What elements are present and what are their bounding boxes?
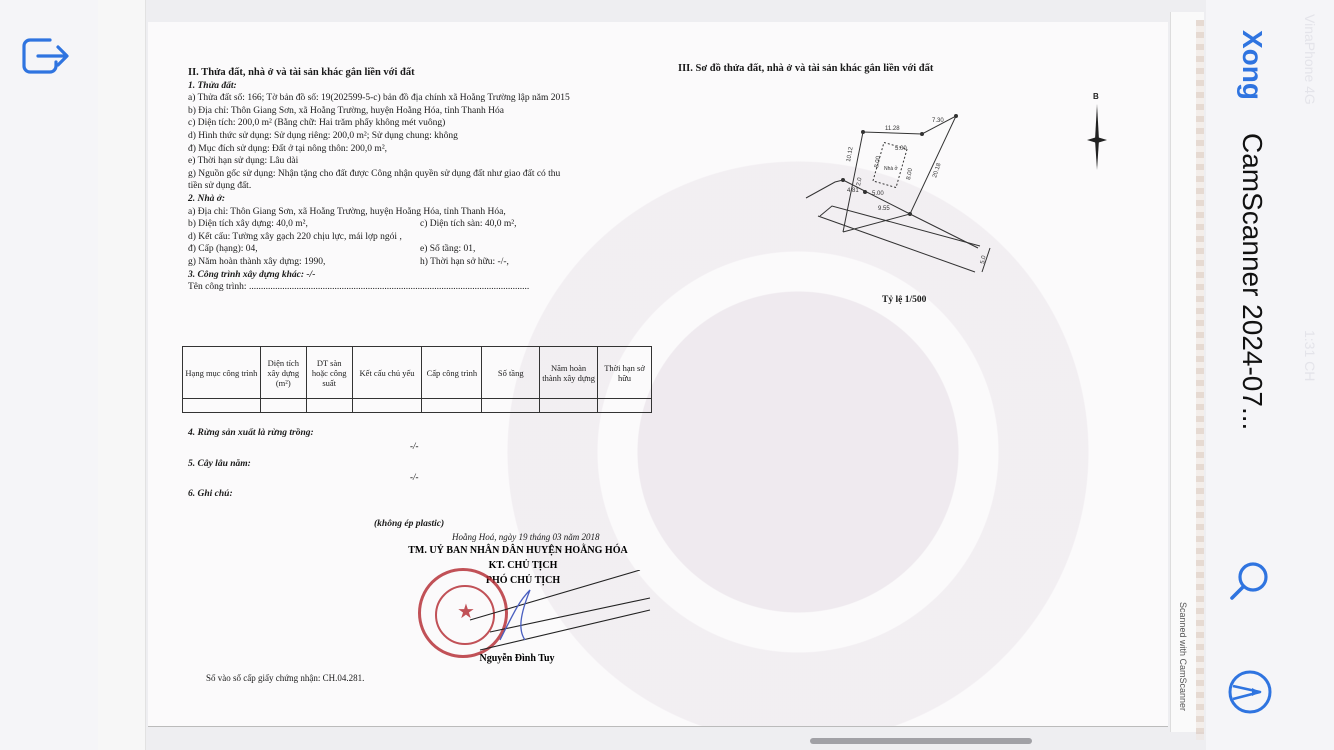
house-label: Nhà ở — [884, 165, 899, 172]
land-g1: g) Nguồn gốc sử dụng: Nhận tặng cho đất … — [188, 168, 658, 181]
house-a: a) Địa chỉ: Thôn Giang Sơn, xã Hoằng Trư… — [188, 206, 658, 219]
col-header: Kết cấu chủ yếu — [352, 347, 422, 399]
dim: 9.55 — [878, 206, 890, 212]
north-label: B — [1093, 92, 1099, 101]
dim: 2.0 — [856, 176, 863, 186]
lamination-note: (không ép plastic) — [374, 518, 444, 531]
land-a: a) Thửa đất số: 166; Tờ bản đồ số: 19(20… — [188, 92, 658, 105]
land-d: d) Hình thức sử dụng: Sử dụng riêng: 200… — [188, 130, 658, 143]
north-arrow-icon: B — [1084, 90, 1110, 170]
authority: TM. UỶ BAN NHÂN DÂN HUYỆN HOẰNG HÓA — [388, 545, 648, 556]
dim: 11.28 — [885, 126, 900, 132]
land-c: c) Diện tích: 200,0 m² (Bằng chữ: Hai tr… — [188, 117, 658, 130]
document-title: CamScanner 2024-07... — [1236, 133, 1268, 430]
col-header: DT sàn hoặc công suất — [306, 347, 352, 399]
markup-pen-icon[interactable] — [1226, 668, 1274, 716]
land-heading: 1. Thửa đất: — [188, 80, 658, 93]
col-header: Diện tích xây dựng (m²) — [260, 347, 306, 399]
house-h: h) Thời hạn sở hữu: -/-, — [420, 256, 509, 269]
land-b: b) Địa chỉ: Thôn Giang Sơn, xã Hoằng Trư… — [188, 105, 658, 118]
signature — [460, 570, 660, 660]
section-2-title: II. Thửa đất, nhà ở và tài sản khác gắn … — [188, 67, 658, 80]
section-3-title: III. Sơ đồ thửa đất, nhà ở và tài sản kh… — [678, 63, 933, 76]
table-row — [183, 399, 652, 413]
other-heading: 3. Công trình xây dựng khác: -/- — [188, 269, 658, 282]
house-d: d) Kết cấu: Tường xây gạch 220 chịu lực,… — [188, 231, 658, 244]
col-header: Số tầng — [482, 347, 540, 399]
dim: 10.12 — [846, 146, 855, 162]
col-header: Năm hoàn thành xây dựng — [540, 347, 598, 399]
registry-number: Số vào sổ cấp giấy chứng nhận: CH.04.281… — [206, 672, 364, 685]
scale: Tỷ lệ 1/500 — [882, 294, 926, 307]
previous-page-edge — [98, 0, 146, 750]
notes-heading: 6. Ghi chú: — [188, 488, 233, 501]
date-line: Hoằng Hoá, ngày 19 tháng 03 năm 2018 — [452, 531, 600, 544]
house-e: e) Số tầng: 01, — [420, 243, 475, 256]
watermark-right: Scanned with CamScanner — [1178, 602, 1188, 711]
section-2: II. Thửa đất, nhà ở và tài sản khác gắn … — [188, 67, 658, 294]
house-b: b) Diện tích xây dựng: 40,0 m², — [188, 218, 420, 231]
dim: 4.81 — [847, 188, 859, 194]
horizontal-scrollbar[interactable] — [810, 738, 1032, 744]
house-g: g) Năm hoàn thành xây dựng: 1990, — [188, 256, 420, 269]
dim: 8.00 — [874, 155, 882, 168]
dim: 8.00 — [906, 167, 914, 180]
col-header: Hạng mục công trình — [183, 347, 261, 399]
dim: 5.00 — [872, 191, 884, 197]
forest-value: -/- — [410, 441, 419, 451]
dim: 5.0 — [980, 254, 987, 264]
page-border-ornament — [1196, 20, 1204, 740]
status-time: 1:31 CH — [1302, 330, 1318, 381]
other-name-line: Tên công trình: ........................… — [188, 281, 646, 294]
done-button[interactable]: Xong — [1236, 30, 1268, 100]
parcel-diagram: 11.28 7.30 10.12 20.18 5.00 8.00 8.00 5.… — [800, 100, 1000, 280]
col-header: Thời hạn sở hữu — [598, 347, 652, 399]
share-icon[interactable] — [20, 34, 72, 78]
col-header: Cấp công trình — [422, 347, 482, 399]
dim: 7.30 — [932, 118, 944, 124]
forest-heading: 4. Rừng sản xuất là rừng trồng: — [188, 427, 314, 440]
land-g2: tiền sử dụng đất. — [188, 180, 658, 193]
dim: 5.00 — [895, 146, 907, 152]
construction-table: Hạng mục công trình Diện tích xây dựng (… — [182, 346, 652, 413]
house-dd: đ) Cấp (hạng): 04, — [188, 243, 420, 256]
signer-name: Nguyễn Đình Tuy — [462, 653, 572, 664]
search-icon[interactable] — [1226, 558, 1274, 604]
status-carrier: VinaPhone 4G — [1302, 14, 1318, 105]
perennial-value: -/- — [410, 472, 419, 482]
house-c: c) Diện tích sàn: 40,0 m², — [420, 218, 517, 231]
land-dd: đ) Mục đích sử dụng: Đất ở tại nông thôn… — [188, 143, 658, 156]
house-heading: 2. Nhà ở: — [188, 193, 658, 206]
perennial-heading: 5. Cây lâu năm: — [188, 458, 251, 471]
land-e: e) Thời hạn sử dụng: Lâu dài — [188, 155, 658, 168]
left-toolbar — [0, 0, 98, 750]
